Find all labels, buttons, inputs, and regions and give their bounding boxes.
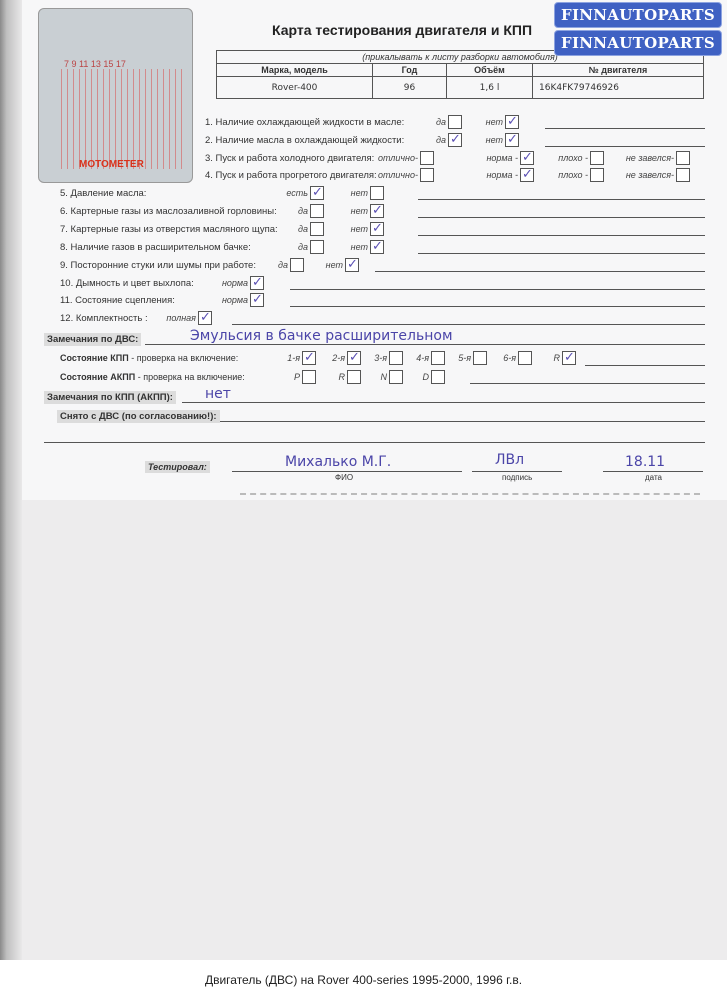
gear-checkbox[interactable] xyxy=(347,370,361,384)
checklist-item-label: 5. Давление масла: xyxy=(60,188,146,199)
kpp-remarks-value: нет xyxy=(205,386,231,402)
value-engine-no: 16K4FK79746926 xyxy=(533,77,704,99)
checklist-item-label: 12. Комплектность : xyxy=(60,313,148,324)
gear-checkbox[interactable] xyxy=(389,370,403,384)
watermark-line: FINNAUTOPARTS xyxy=(554,2,722,28)
gear-checkbox[interactable] xyxy=(562,351,576,365)
checkbox[interactable] xyxy=(420,151,434,165)
gear-label: P xyxy=(286,372,300,382)
checkbox[interactable] xyxy=(310,204,324,218)
col-engine-no: № двигателя xyxy=(533,64,704,77)
engine-remarks-label: Замечания по ДВС: xyxy=(44,333,141,346)
checkbox[interactable] xyxy=(370,186,384,200)
gear-checkbox[interactable] xyxy=(431,370,445,384)
option-label: полная xyxy=(164,313,196,323)
checkbox[interactable] xyxy=(370,240,384,254)
gear-label: 4-я xyxy=(415,353,429,363)
gear-label: N xyxy=(373,372,387,382)
checklist-item-label: 9. Посторонние стуки или шумы при работе… xyxy=(60,260,256,271)
option-label: да xyxy=(430,135,446,145)
option-label: отлично- xyxy=(374,153,418,163)
gear-checkbox[interactable] xyxy=(518,351,532,365)
gear-label: R xyxy=(331,372,345,382)
option-label: нет xyxy=(481,135,503,145)
gear-label: 3-я xyxy=(373,353,387,363)
checkbox[interactable] xyxy=(676,168,690,182)
option-label: нет xyxy=(346,224,368,234)
gear-label: R xyxy=(546,353,560,363)
motometer-logo: MOTOMETER xyxy=(79,159,144,170)
checklist-item-label: 4. Пуск и работа прогретого двигателя: xyxy=(205,170,377,181)
tester-name: Михалько М.Г. xyxy=(285,454,391,470)
checkbox[interactable] xyxy=(520,151,534,165)
gear-checkbox[interactable] xyxy=(302,370,316,384)
option-label: норма - xyxy=(484,153,518,163)
checklist-item-label: 7. Картерные газы из отверстия масляного… xyxy=(60,224,278,235)
gear-checkbox[interactable] xyxy=(431,351,445,365)
option-label: нет xyxy=(346,242,368,252)
option-label: нет xyxy=(321,260,343,270)
option-label: нет xyxy=(481,117,503,127)
form-title: Карта тестирования двигателя и КПП xyxy=(272,22,532,38)
card-scale: 7 9 11 13 15 17 xyxy=(64,59,126,69)
option-label: нет xyxy=(346,206,368,216)
gear-label: 6-я xyxy=(502,353,516,363)
image-caption: Двигатель (ДВС) на Rover 400-series 1995… xyxy=(0,960,727,1000)
option-label: да xyxy=(292,206,308,216)
gear-label: 5-я xyxy=(457,353,471,363)
motometer-card: 7 9 11 13 15 17 MOTOMETER xyxy=(38,8,193,183)
gear-checkbox[interactable] xyxy=(389,351,403,365)
watermark: FINNAUTOPARTS FINNAUTOPARTS xyxy=(554,2,722,58)
checklist-item-label: 2. Наличие масла в охлаждающей жидкости: xyxy=(205,135,404,146)
gear-checkbox[interactable] xyxy=(473,351,487,365)
checkbox[interactable] xyxy=(505,133,519,147)
option-label: плохо - xyxy=(554,153,588,163)
option-label: норма - xyxy=(484,170,518,180)
col-year: Год xyxy=(373,64,447,77)
checkbox[interactable] xyxy=(310,222,324,236)
gear-label: 1-я xyxy=(286,353,300,363)
checkbox[interactable] xyxy=(420,168,434,182)
checkbox[interactable] xyxy=(370,222,384,236)
checkbox[interactable] xyxy=(370,204,384,218)
watermark-line: FINNAUTOPARTS xyxy=(554,30,722,56)
checklist-item-label: 3. Пуск и работа холодного двигателя: xyxy=(205,153,374,164)
option-label: да xyxy=(272,260,288,270)
checkbox[interactable] xyxy=(250,293,264,307)
paper-edge xyxy=(0,0,22,960)
date-value: 18.11 xyxy=(625,454,665,470)
checkbox[interactable] xyxy=(520,168,534,182)
checklist-item-label: 8. Наличие газов в расширительном бачке: xyxy=(60,242,251,253)
checkbox[interactable] xyxy=(590,168,604,182)
checkbox[interactable] xyxy=(590,151,604,165)
signature: ЛВл xyxy=(495,452,524,468)
checkbox[interactable] xyxy=(290,258,304,272)
checkbox[interactable] xyxy=(310,240,324,254)
value-volume: 1,6 l xyxy=(447,77,533,99)
checkbox[interactable] xyxy=(448,115,462,129)
option-label: да xyxy=(292,242,308,252)
checklist-item-label: 11. Состояние сцепления: xyxy=(60,295,175,306)
gear-label: D xyxy=(415,372,429,382)
gear-label: 2-я xyxy=(331,353,345,363)
removed-label: Снято с ДВС (по согласованию!): xyxy=(57,410,220,423)
kpp-remarks-label: Замечания по КПП (АКПП): xyxy=(44,391,176,404)
value-year: 96 xyxy=(373,77,447,99)
col-volume: Объём xyxy=(447,64,533,77)
checklist-item-label: 6. Картерные газы из маслозаливной горло… xyxy=(60,206,277,217)
checkbox[interactable] xyxy=(676,151,690,165)
kpp-label: Состояние КПП - проверка на включение: xyxy=(60,353,238,363)
option-label: да xyxy=(292,224,308,234)
checkbox[interactable] xyxy=(310,186,324,200)
card-grid xyxy=(61,69,186,169)
option-label: не завелся- xyxy=(622,153,674,163)
checkbox[interactable] xyxy=(505,115,519,129)
option-label: плохо - xyxy=(554,170,588,180)
value-model: Rover-400 xyxy=(217,77,373,99)
engine-remarks-value: Эмульсия в бачке расширительном xyxy=(190,328,453,344)
option-label: не завелся- xyxy=(622,170,674,180)
checkbox[interactable] xyxy=(198,311,212,325)
date-caption: дата xyxy=(645,473,662,482)
fio-caption: ФИО xyxy=(335,473,353,482)
option-label: да xyxy=(430,117,446,127)
tested-label: Тестировал: xyxy=(145,461,210,473)
gear-checkbox[interactable] xyxy=(302,351,316,365)
option-label: отлично- xyxy=(374,170,418,180)
option-label: есть xyxy=(284,188,308,198)
option-label: нет xyxy=(346,188,368,198)
gear-checkbox[interactable] xyxy=(347,351,361,365)
option-label: норма xyxy=(220,278,248,288)
cut-line xyxy=(240,493,700,495)
checklist-item-label: 1. Наличие охлаждающей жидкости в масле: xyxy=(205,117,404,128)
akpp-label: Состояние АКПП - проверка на включение: xyxy=(60,372,245,382)
checklist-item-label: 10. Дымность и цвет выхлопа: xyxy=(60,278,194,289)
checkbox[interactable] xyxy=(448,133,462,147)
col-model: Марка, модель xyxy=(217,64,373,77)
sign-caption: подпись xyxy=(502,473,532,482)
checkbox[interactable] xyxy=(345,258,359,272)
checkbox[interactable] xyxy=(250,276,264,290)
option-label: норма xyxy=(220,295,248,305)
